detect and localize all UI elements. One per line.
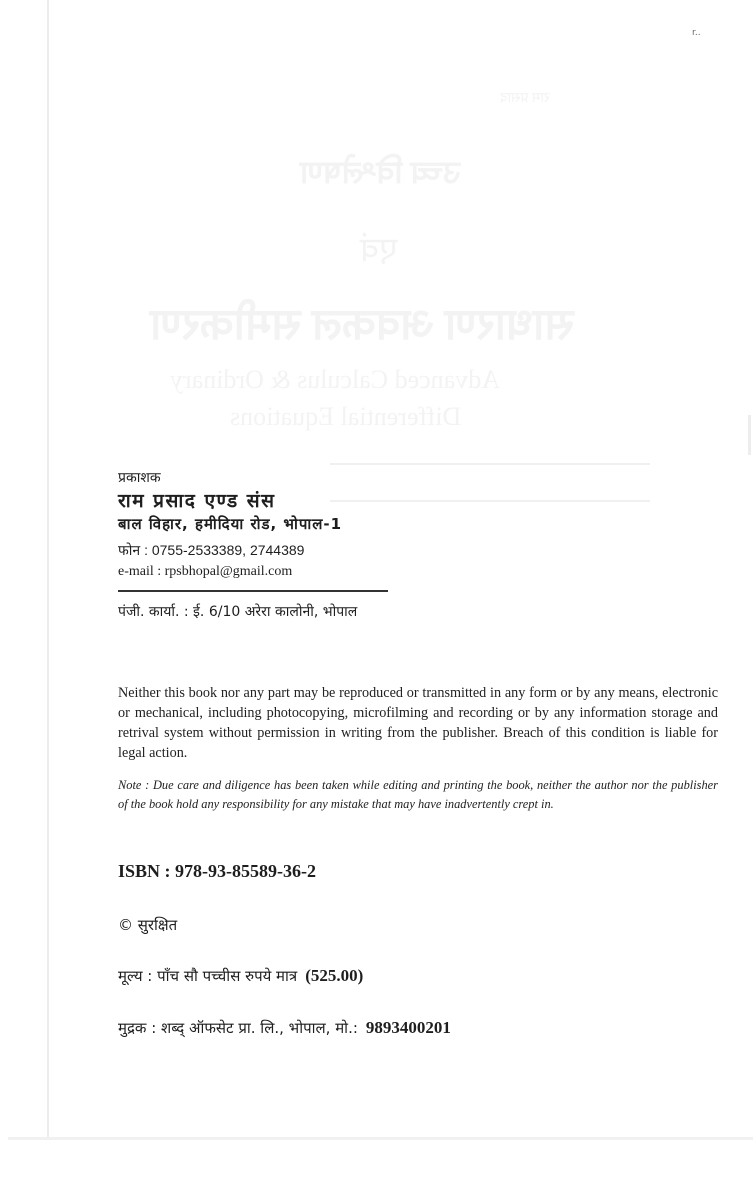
- ghost-rule-bottom: [330, 500, 650, 502]
- printer-line: मुद्रक : शब्द् ऑफसेट प्रा. लि., भोपाल, म…: [118, 1018, 451, 1038]
- printer-label: मुद्रक : शब्द् ऑफसेट प्रा. लि., भोपाल, म…: [118, 1019, 358, 1037]
- printer-mobile: 9893400201: [366, 1018, 451, 1037]
- rights-notice: Neither this book nor any part may be re…: [118, 683, 718, 763]
- registered-office: पंजी. कार्या. : ई. 6/10 अरेरा कालोनी, भो…: [118, 602, 357, 621]
- page-edge-left: [47, 0, 49, 1140]
- price-line: मूल्य : पाँच सौ पच्चीस रुपये मात्र(525.0…: [118, 966, 363, 986]
- copyright: © सुरक्षित: [118, 915, 177, 935]
- publisher-address: बाल विहार, हमीदिया रोड, भोपाल-1: [118, 514, 342, 534]
- price-amount: (525.00): [305, 966, 363, 985]
- ghost-english-line-1: Advanced Calculus & Ordinary: [170, 365, 500, 395]
- publisher-email: e-mail : rpsbhopal@gmail.com: [118, 564, 292, 580]
- publisher-phone: फोन : 0755-2533389, 2744389: [118, 541, 304, 560]
- publisher-name: राम प्रसाद एण्ड संस: [118, 487, 275, 513]
- disclaimer-note: Note : Due care and diligence has been t…: [118, 776, 718, 814]
- publisher-divider: [118, 590, 388, 592]
- ghost-title: साधारण अवकल समीकरण: [150, 292, 574, 352]
- isbn: ISBN : 978-93-85589-36-2: [118, 861, 316, 882]
- corner-mark: r..: [692, 28, 701, 38]
- publisher-label: प्रकाशक: [118, 468, 161, 487]
- price-label: मूल्य : पाँच सौ पच्चीस रुपये मात्र: [118, 967, 297, 985]
- ghost-hindi-heading: उच्च विश्लेषण: [300, 150, 461, 193]
- ghost-connector: एवं: [360, 225, 398, 271]
- page-edge-bottom: [8, 1137, 753, 1140]
- ghost-english-line-2: Differential Equations: [230, 402, 461, 432]
- page-edge-right: [748, 415, 751, 455]
- ghost-logo-text: राम प्रसाद: [500, 88, 550, 107]
- ghost-rule-top: [330, 463, 650, 465]
